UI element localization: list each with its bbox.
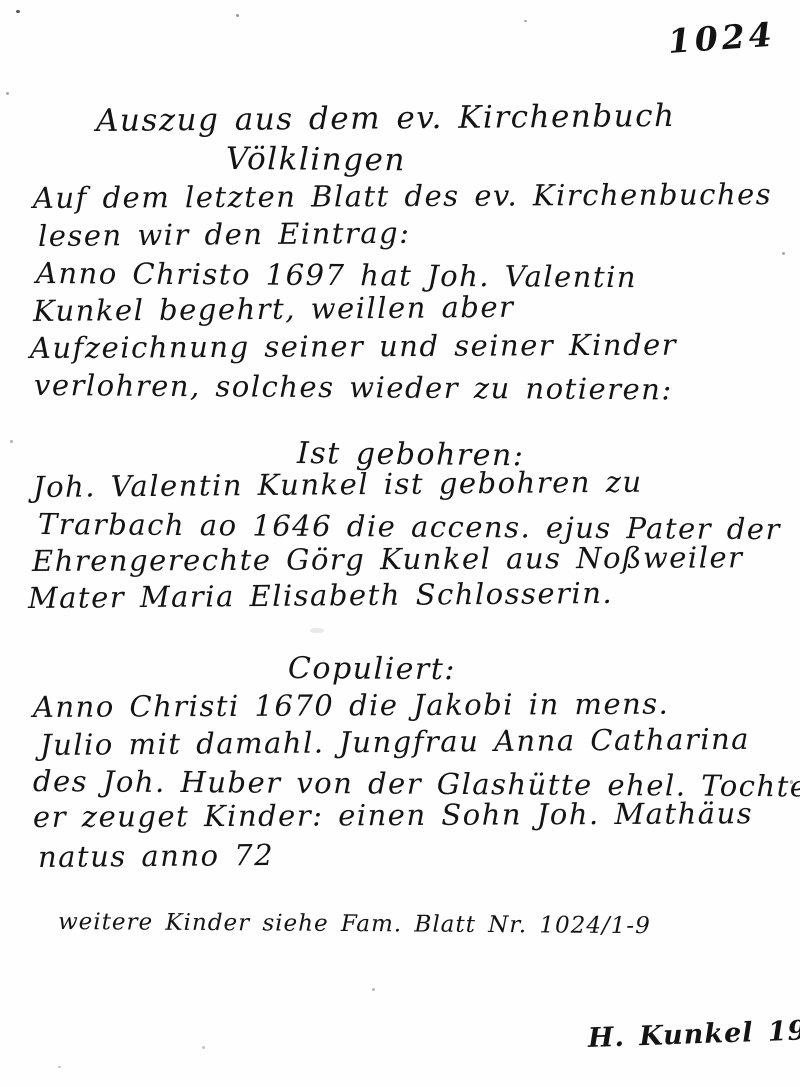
scan-smudge: [310, 628, 324, 633]
request-line-3: Aufzeichnung seiner und seiner Kinder: [30, 330, 677, 365]
intro-line-2: lesen wir den Eintrag:: [38, 218, 411, 253]
scan-speckle: [782, 252, 785, 255]
page-number: 1024: [667, 17, 777, 61]
scan-speckle: [16, 10, 20, 13]
scan-speckle: [236, 14, 239, 17]
marriage-line-5: natus anno 72: [38, 840, 274, 874]
request-line-2: Kunkel begehrt, weillen aber: [33, 292, 515, 328]
document-title-line-1: Auszug aus dem ev. Kirchenbuch: [96, 99, 676, 138]
marriage-line-2: Julio mit damahl. Jungfrau Anna Catharin…: [40, 724, 750, 762]
intro-line-1: Auf dem letzten Blatt des ev. Kirchenbuc…: [33, 179, 772, 215]
scan-speckle: [524, 20, 527, 22]
marriage-line-1: Anno Christi 1670 die Jakobi in mens.: [33, 689, 670, 724]
document-title-line-2: Völklingen: [226, 142, 406, 177]
request-line-1: Anno Christo 1697 hat Joh. Valentin: [36, 258, 637, 294]
scan-speckle: [10, 440, 13, 443]
scan-speckle: [6, 92, 9, 95]
scan-speckle: [790, 780, 793, 784]
scan-speckle: [372, 988, 375, 991]
birth-line-1: Joh. Valentin Kunkel ist gebohren zu: [33, 467, 643, 504]
footer-reference-note: weitere Kinder siehe Fam. Blatt Nr. 1024…: [58, 910, 651, 939]
birth-line-4: Mater Maria Elisabeth Schlosserin.: [28, 578, 613, 615]
scan-speckle: [58, 1066, 61, 1068]
scanned-document-page: 1024 Auszug aus dem ev. Kirchenbuch Völk…: [0, 0, 800, 1087]
request-line-4: verlohren, solches wieder zu notieren:: [34, 370, 673, 406]
signature: H. Kunkel 1985: [587, 1015, 800, 1054]
marriage-line-4: er zeuget Kinder: einen Sohn Joh. Mathäu…: [33, 798, 753, 834]
birth-line-3: Ehrengerechte Görg Kunkel aus Noßweiler: [32, 542, 744, 578]
marriage-section-heading: Copuliert:: [288, 652, 456, 686]
scan-speckle: [202, 1046, 205, 1049]
